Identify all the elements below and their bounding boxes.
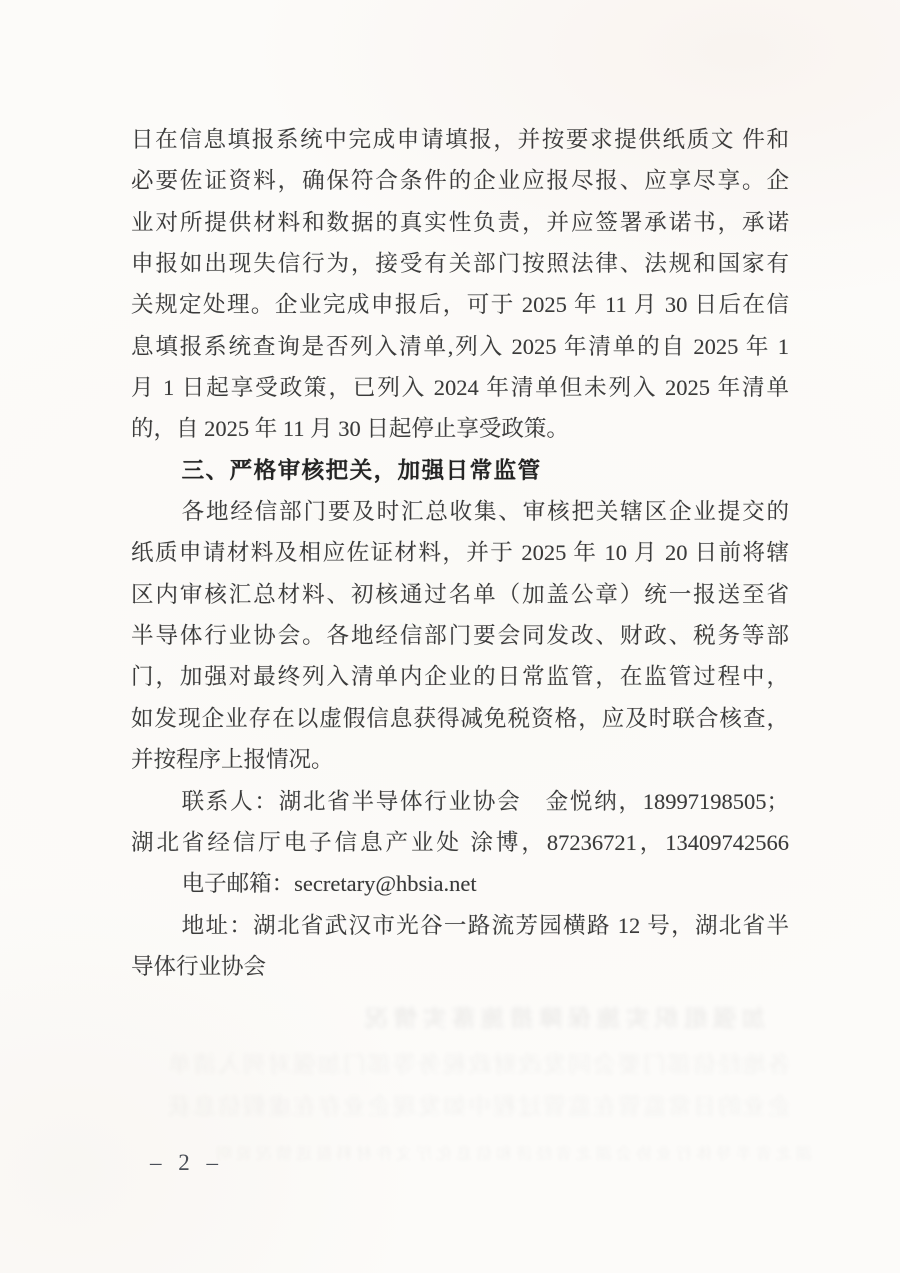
text-line: 必要佐证资料，确保符合条件的企业应报尽报、应享尽享。企 (131, 160, 789, 201)
bleedthrough-text: 各地经信部门要会同发改财政税务等部门加强对列入清单 (123, 1046, 791, 1079)
text-line: 半导体行业协会。各地经信部门要会同发改、财政、税务等部 (131, 615, 789, 656)
text-line: 纸质申请材料及相应佐证材料，并于 2025 年 10 月 20 日前将辖 (131, 532, 789, 573)
paragraph-body: 各地经信部门要及时汇总收集、审核把关辖区企业提交的 纸质申请材料及相应佐证材料，… (131, 491, 789, 780)
text-line: 月 1 日起享受政策，已列入 2024 年清单但未列入 2025 年清单 (131, 367, 789, 408)
text-line: 门，加强对最终列入清单内企业的日常监管，在监管过程中， (131, 656, 789, 697)
bleedthrough-text: 企业的日常监管在监管过程中如发现企业存在虚假信息获 (123, 1088, 791, 1121)
contact-person: 联系人：湖北省半导体行业协会 金悦纳，18997198505； 湖北省经信厅电子… (131, 781, 789, 864)
bleedthrough-text: 加强组织实施保障措施落实情况 (285, 1000, 765, 1033)
text-line: 区内审核汇总材料、初核通过名单（加盖公章）统一报送至省 (131, 574, 789, 615)
contact-address-line: 导体行业协会 (131, 946, 789, 987)
page-number: – 2 – (150, 1150, 221, 1176)
section-heading-text: 三、严格审核把关，加强日常监管 (131, 450, 789, 491)
text-line: 的，自 2025 年 11 月 30 日起停止享受政策。 (131, 408, 789, 449)
document-body: 日在信息填报系统中完成申请填报，并按要求提供纸质文 件和 必要佐证资料，确保符合… (131, 119, 789, 987)
text-line: 并按程序上报情况。 (131, 739, 789, 780)
contact-address: 地址：湖北省武汉市光谷一路流芳园横路 12 号，湖北省半 导体行业协会 (131, 905, 789, 988)
text-line: 业对所提供材料和数据的真实性负责，并应签署承诺书，承诺 (131, 202, 789, 243)
contact-email: 电子邮箱：secretary@hbsia.net (131, 863, 789, 904)
contact-person-line: 湖北省经信厅电子信息产业处 涂博，87236721，13409742566 (131, 822, 789, 863)
contact-address-line: 地址：湖北省武汉市光谷一路流芳园横路 12 号，湖北省半 (131, 905, 789, 946)
text-line: 息填报系统查询是否列入清单,列入 2025 年清单的自 2025 年 1 (131, 326, 789, 367)
text-line: 如发现企业存在以虚假信息获得减免税资格，应及时联合核查， (131, 698, 789, 739)
text-line: 关规定处理。企业完成申报后，可于 2025 年 11 月 30 日后在信 (131, 284, 789, 325)
contact-person-line: 联系人：湖北省半导体行业协会 金悦纳，18997198505； (131, 781, 789, 822)
document-page: 加强组织实施保障措施落实情况 各地经信部门要会同发改财政税务等部门加强对列入清单… (0, 0, 900, 1273)
paragraph-body-continued: 日在信息填报系统中完成申请填报，并按要求提供纸质文 件和 必要佐证资料，确保符合… (131, 119, 789, 450)
contact-email-line: 电子邮箱：secretary@hbsia.net (131, 863, 789, 904)
section-heading: 三、严格审核把关，加强日常监管 (131, 450, 789, 491)
text-line: 各地经信部门要及时汇总收集、审核把关辖区企业提交的 (131, 491, 789, 532)
text-line: 申报如出现失信行为，接受有关部门按照法律、法规和国家有 (131, 243, 789, 284)
text-line: 日在信息填报系统中完成申请填报，并按要求提供纸质文 件和 (131, 119, 789, 160)
